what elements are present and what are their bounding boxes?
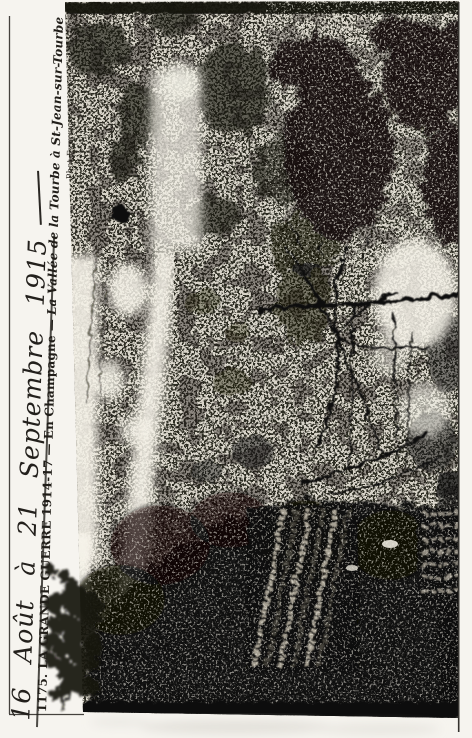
highlight-speckle-top — [265, 0, 459, 265]
caption-number: 1175. — [35, 673, 50, 712]
highlight-speckle-bottom — [85, 495, 459, 710]
caption-region: En Champagne — [42, 335, 59, 439]
photo-bottom-edge — [60, 700, 459, 716]
postcard: 16 Août à 21 Septembre 1915 1175.LA GRAN… — [0, 0, 472, 738]
scan-smudges — [90, 717, 440, 735]
photo-area — [60, 0, 472, 720]
caption-separator: — — [41, 443, 55, 456]
caption-separator: — — [44, 319, 58, 332]
